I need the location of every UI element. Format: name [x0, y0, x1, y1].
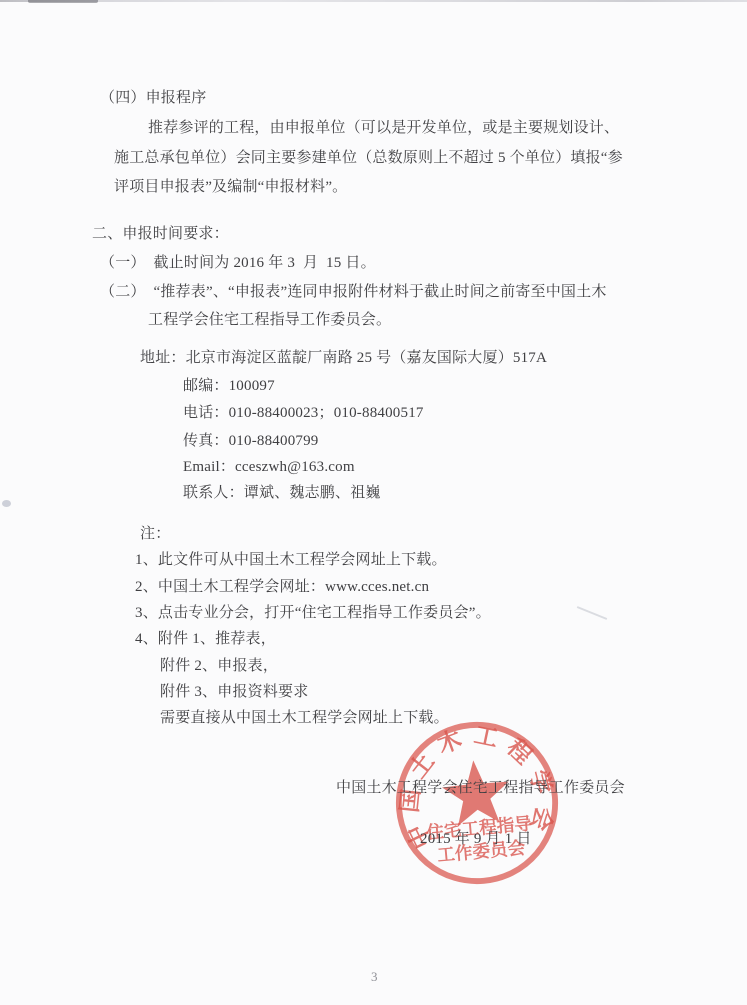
note-item: 2、中国土木工程学会网址：www.cces.net.cn — [135, 578, 429, 597]
official-seal: 中国土木工程学会 住宅工程指导 工作委员会 — [386, 712, 568, 894]
submission-item-line: 工程学会住宅工程指导工作委员会。 — [148, 311, 391, 330]
address-line: 地址：北京市海淀区蓝靛厂南路 25 号（嘉友国际大厦）517A — [140, 349, 547, 368]
scan-artifact-scratch — [577, 606, 607, 620]
attachment-line: 需要直接从中国土木工程学会网址上下载。 — [160, 709, 449, 728]
fax-line: 传真：010-88400799 — [183, 432, 319, 451]
scan-artifact-speck — [2, 500, 11, 507]
deadline-item: （一） 截止时间为 2016 年 3 月 15 日。 — [100, 254, 376, 273]
paragraph-line: 推荐参评的工程，由申报单位（可以是开发单位，或是主要规划设计、 — [148, 119, 619, 138]
notes-heading: 注： — [140, 525, 170, 544]
phone-line: 电话：010-88400023；010-88400517 — [183, 404, 424, 423]
scan-artifact-top-edge — [0, 0, 747, 2]
email-line: Email：cceszwh@163.com — [183, 458, 355, 477]
paragraph-line: 施工总承包单位）会同主要参建单位（总数原则上不超过 5 个单位）填报“参 — [114, 149, 623, 168]
section2-heading: 二、申报时间要求： — [92, 225, 229, 244]
page-number: 3 — [371, 969, 378, 985]
contacts-line: 联系人：谭斌、魏志鹏、祖巍 — [183, 484, 381, 503]
section4-heading: （四）申报程序 — [100, 89, 206, 108]
attachment-line: 附件 2、申报表， — [160, 657, 278, 676]
organization-signature: 中国土木工程学会住宅工程指导工作委员会 — [336, 779, 625, 798]
scan-artifact-top-dark — [28, 0, 98, 3]
note-item: 1、此文件可从中国土木工程学会网址上下载。 — [135, 551, 447, 570]
scanned-document-page: 中国土木工程学会 住宅工程指导 工作委员会 （四）申报程序 推荐参评的工程，由申… — [0, 0, 747, 1005]
attachment-line: 附件 3、申报资料要求 — [160, 683, 308, 702]
paragraph-line: 评项目申报表”及编制“申报材料”。 — [114, 178, 347, 197]
note-item: 4、附件 1、推荐表， — [135, 630, 276, 649]
signature-date: 2015 年 9 月 1 日 — [420, 830, 532, 849]
note-item: 3、点击专业分会，打开“住宅工程指导工作委员会”。 — [135, 604, 491, 623]
submission-item-line: （二） “推荐表”、“申报表”连同申报附件材料于截止时间之前寄至中国土木 — [100, 283, 607, 302]
postal-line: 邮编：100097 — [183, 377, 275, 396]
